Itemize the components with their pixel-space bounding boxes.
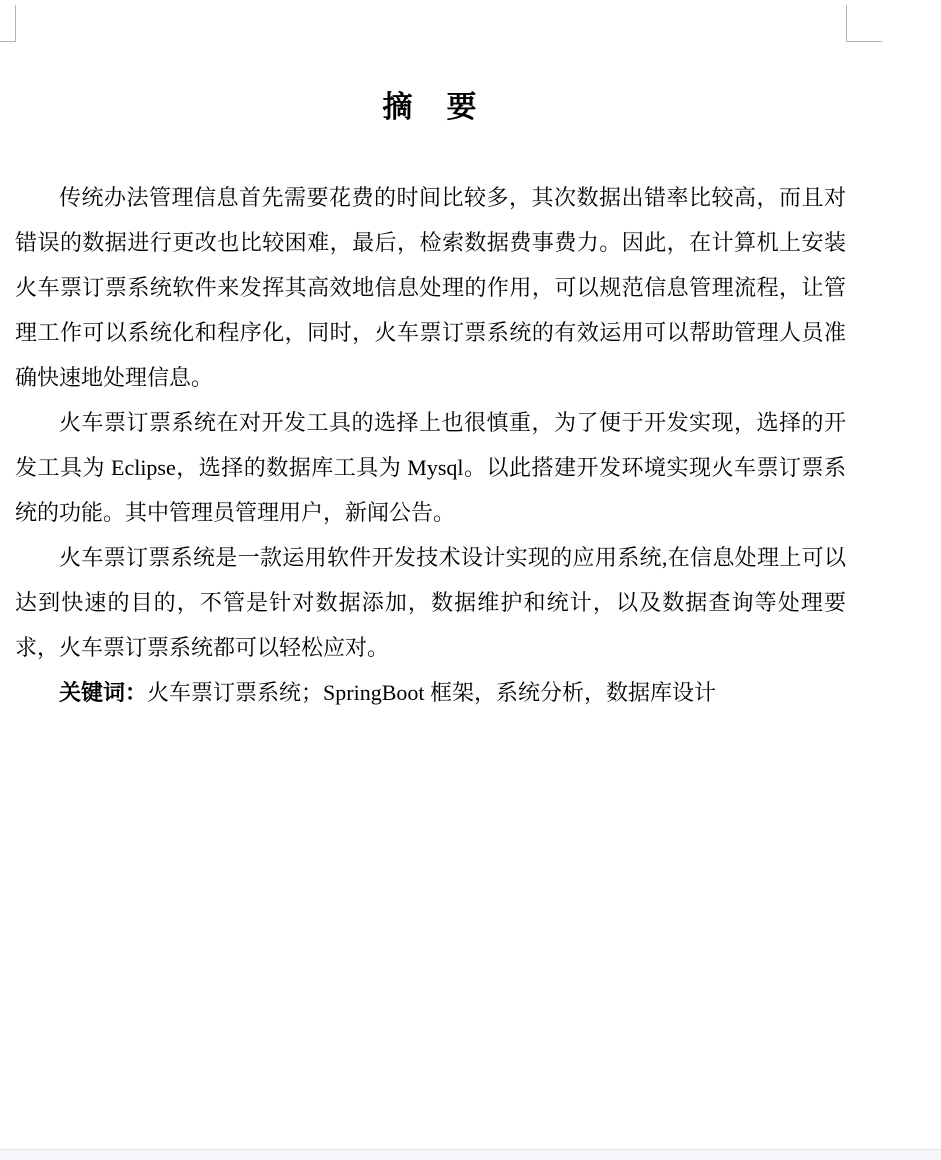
document-page: 摘 要 传统办法管理信息首先需要花费的时间比较多，其次数据出错率比较高，而且对错… (0, 0, 941, 1160)
document-body: 摘 要 传统办法管理信息首先需要花费的时间比较多，其次数据出错率比较高，而且对错… (15, 85, 846, 715)
page-bottom-edge (0, 1149, 941, 1160)
abstract-paragraph-1: 传统办法管理信息首先需要花费的时间比较多，其次数据出错率比较高，而且对错误的数据… (15, 175, 846, 400)
keywords-line: 关键词：火车票订票系统；SpringBoot 框架，系统分析，数据库设计 (15, 670, 846, 715)
abstract-paragraphs: 传统办法管理信息首先需要花费的时间比较多，其次数据出错率比较高，而且对错误的数据… (15, 175, 846, 715)
keywords-label: 关键词： (59, 680, 147, 705)
margin-crop-mark-right-vertical (846, 5, 847, 42)
margin-crop-mark-left-horizontal (0, 41, 16, 42)
abstract-paragraph-2: 火车票订票系统在对开发工具的选择上也很慎重，为了便于开发实现，选择的开发工具为 … (15, 400, 846, 535)
page-title: 摘 要 (15, 85, 846, 130)
margin-crop-mark-left-vertical (15, 5, 16, 42)
margin-crop-mark-right-horizontal (846, 41, 882, 42)
keywords-text: 火车票订票系统；SpringBoot 框架，系统分析，数据库设计 (147, 680, 716, 705)
abstract-paragraph-3: 火车票订票系统是一款运用软件开发技术设计实现的应用系统,在信息处理上可以达到快速… (15, 535, 846, 670)
